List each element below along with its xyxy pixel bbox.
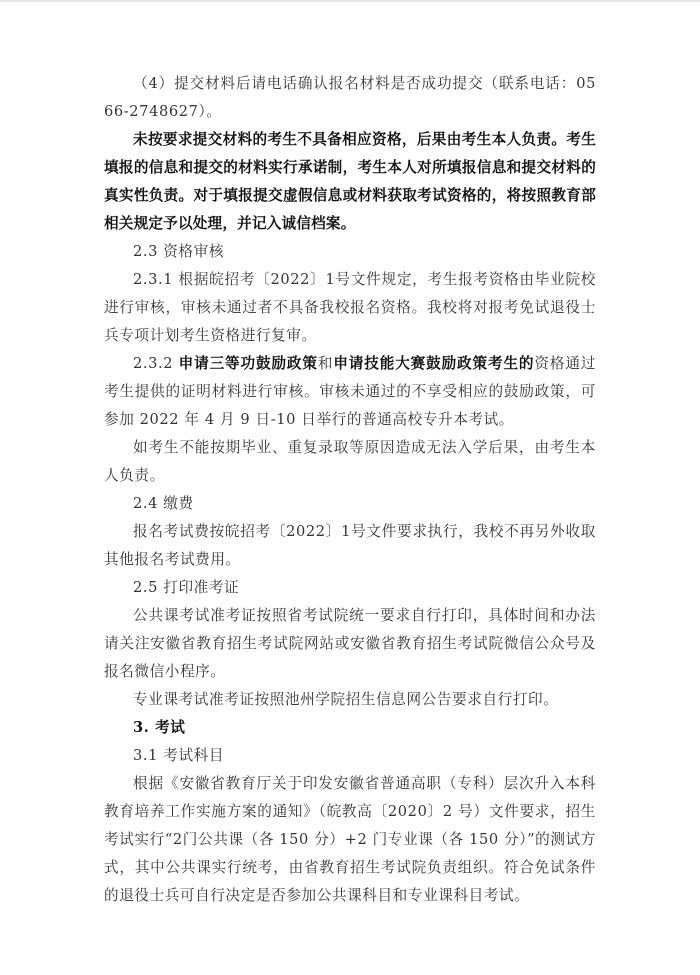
paragraph-2-3-2: 2.3.2 申请三等功鼓励政策和申请技能大赛鼓励政策考生的资格通过考生提供的证明…: [104, 350, 596, 434]
paragraph-commitment-warning: 未按要求提交材料的考生不具备相应资格，后果由考生本人负责。考生填报的信息和提交的…: [104, 126, 596, 238]
paragraph-2-3-2-prefix: 2.3.2: [133, 355, 179, 372]
heading-2-4-fees: 2.4 缴费: [104, 490, 596, 518]
heading-2-5-admission-ticket: 2.5 打印准考证: [104, 574, 596, 602]
paragraph-contact-phone: （4）提交材料后请电话确认报名材料是否成功提交（联系电话：0566-274862…: [104, 70, 596, 126]
bold-skills-competition-policy: 申请技能大赛鼓励政策考生的: [333, 355, 534, 372]
page-top-border: [0, 0, 700, 2]
conjunction-text: 和: [318, 355, 333, 372]
paragraph-graduation-responsibility: 如考生不能按期毕业、重复录取等原因造成无法入学后果，由考生本人负责。: [104, 434, 596, 490]
paragraph-3-1-exam-subjects: 根据《安徽省教育厅关于印发安徽省普通高职（专科）层次升入本科教育培养工作实施方案…: [104, 770, 596, 910]
paragraph-public-course-ticket: 公共课考试准考证按照省考试院统一要求自行打印，具体时间和办法请关注安徽省教育招生…: [104, 602, 596, 686]
heading-2-3-qualification-review: 2.3 资格审核: [104, 238, 596, 266]
paragraph-2-4-fees: 报名考试费按皖招考〔2022〕1号文件要求执行，我校不再另外收取其他报名考试费用…: [104, 518, 596, 574]
paragraph-2-3-1: 2.3.1 根据皖招考〔2022〕1号文件规定，考生报考资格由毕业院校进行审核，…: [104, 266, 596, 350]
bold-third-class-merit-policy: 申请三等功鼓励政策: [179, 355, 318, 372]
heading-3-exam: 3. 考试: [104, 714, 596, 742]
heading-3-1-exam-subjects: 3.1 考试科目: [104, 742, 596, 770]
document-page: （4）提交材料后请电话确认报名材料是否成功提交（联系电话：0566-274862…: [104, 70, 596, 910]
paragraph-professional-course-ticket: 专业课考试准考证按照池州学院招生信息网公告要求自行打印。: [104, 686, 596, 714]
